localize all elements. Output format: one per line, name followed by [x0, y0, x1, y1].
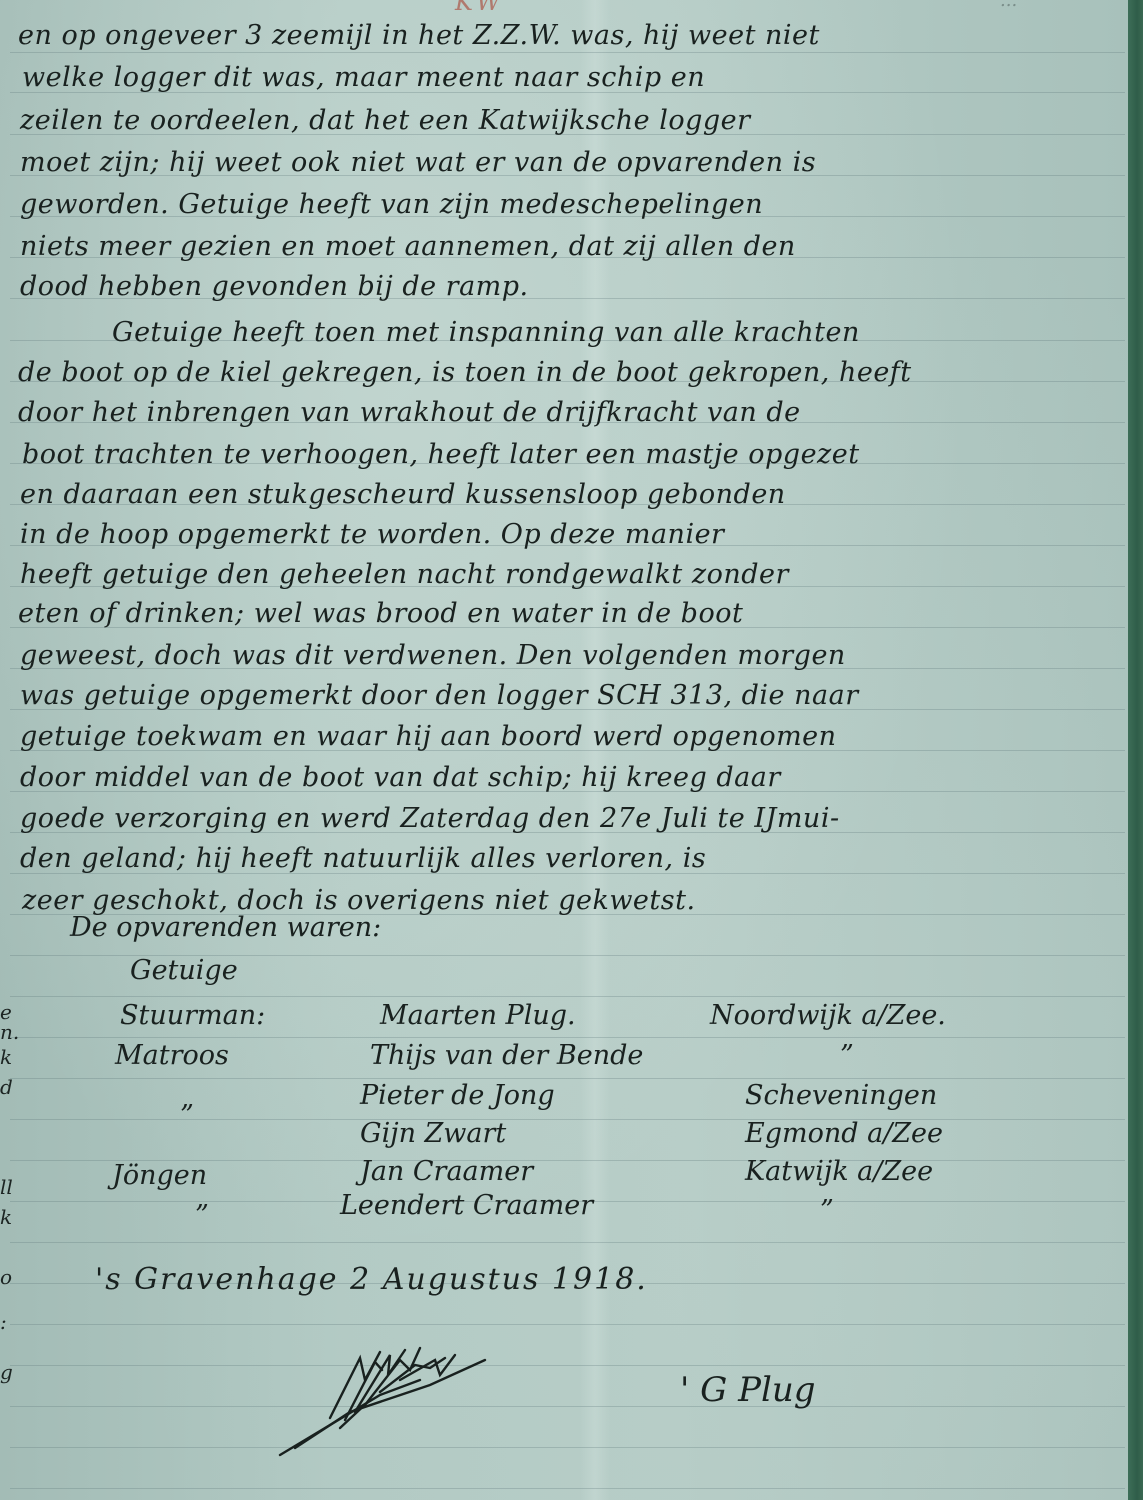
body-line: getuige toekwam en waar hij aan boord we…: [20, 721, 837, 752]
body-line: zeilen te oordeelen, dat het een Katwijk…: [20, 105, 751, 136]
body-line: en op ongeveer 3 zeemijl in het Z.Z.W. w…: [18, 20, 820, 51]
body-line: welke logger dit was, maar meent naar sc…: [22, 62, 705, 93]
crew-role: Jöngen: [112, 1160, 207, 1191]
crew-place: ”: [820, 1195, 834, 1226]
body-line: door middel van de boot van dat schip; h…: [20, 762, 781, 793]
body-line: moet zijn; hij weet ook niet wat er van …: [20, 147, 816, 178]
crew-role: Getuige: [130, 955, 238, 986]
body-line: goede verzorging en werd Zaterdag den 27…: [20, 803, 840, 834]
crew-place: Katwijk a/Zee: [745, 1156, 933, 1187]
folder-border: [1128, 0, 1143, 1500]
body-line: was getuige opgemerkt door den logger SC…: [20, 680, 859, 711]
crew-name: Pieter de Jong: [360, 1080, 555, 1111]
witness-signature: ' G Plug: [680, 1370, 816, 1410]
crew-place: Scheveningen: [745, 1080, 937, 1111]
body-line: boot trachten te verhoogen, heeft later …: [22, 439, 860, 470]
body-line: geweest, doch was dit verdwenen. Den vol…: [20, 640, 846, 671]
crew-name: Thijs van der Bende: [370, 1040, 643, 1071]
body-line: in de hoop opgemerkt te worden. Op deze …: [20, 519, 724, 550]
crew-role: ”: [195, 1200, 209, 1231]
body-line: en daaraan een stukgescheurd kussensloop…: [20, 479, 786, 510]
body-line: door het inbrengen van wrakhout de drijf…: [18, 397, 801, 428]
crew-list-heading: De opvarenden waren:: [70, 912, 381, 943]
body-line: heeft getuige den geheelen nacht rondgew…: [20, 559, 789, 590]
crew-place: ”: [840, 1040, 854, 1071]
body-line: Getuige heeft toen met inspanning van al…: [112, 317, 860, 348]
body-line: eten of drinken; wel was brood en water …: [18, 598, 743, 629]
crew-name: Jan Craamer: [360, 1156, 533, 1187]
crew-name: Maarten Plug.: [380, 1000, 576, 1031]
crew-role: Matroos: [115, 1040, 229, 1071]
witness-mark: ': [680, 1370, 689, 1410]
crew-name: Gijn Zwart: [360, 1118, 506, 1149]
body-line: geworden. Getuige heeft van zijn medesch…: [20, 189, 763, 220]
red-stamp-fragment: KW: [455, 0, 505, 16]
body-line: niets meer gezien en moet aannemen, dat …: [20, 231, 796, 262]
crew-role: Stuurman:: [120, 1000, 265, 1031]
body-line: dood hebben gevonden bij de ramp.: [20, 271, 529, 302]
crew-role: ”: [180, 1100, 194, 1131]
crew-place: Egmond a/Zee: [745, 1118, 943, 1149]
crew-place: Noordwijk a/Zee.: [710, 1000, 946, 1031]
body-line: den geland; hij heeft natuurlijk alles v…: [20, 843, 706, 874]
official-signature: [270, 1340, 500, 1460]
place-and-date: 's Gravenhage 2 Augustus 1918.: [95, 1262, 648, 1297]
faint-header-text: ...: [1000, 0, 1017, 11]
crew-name: Leendert Craamer: [340, 1190, 593, 1221]
body-line: de boot op de kiel gekregen, is toen in …: [18, 357, 912, 388]
